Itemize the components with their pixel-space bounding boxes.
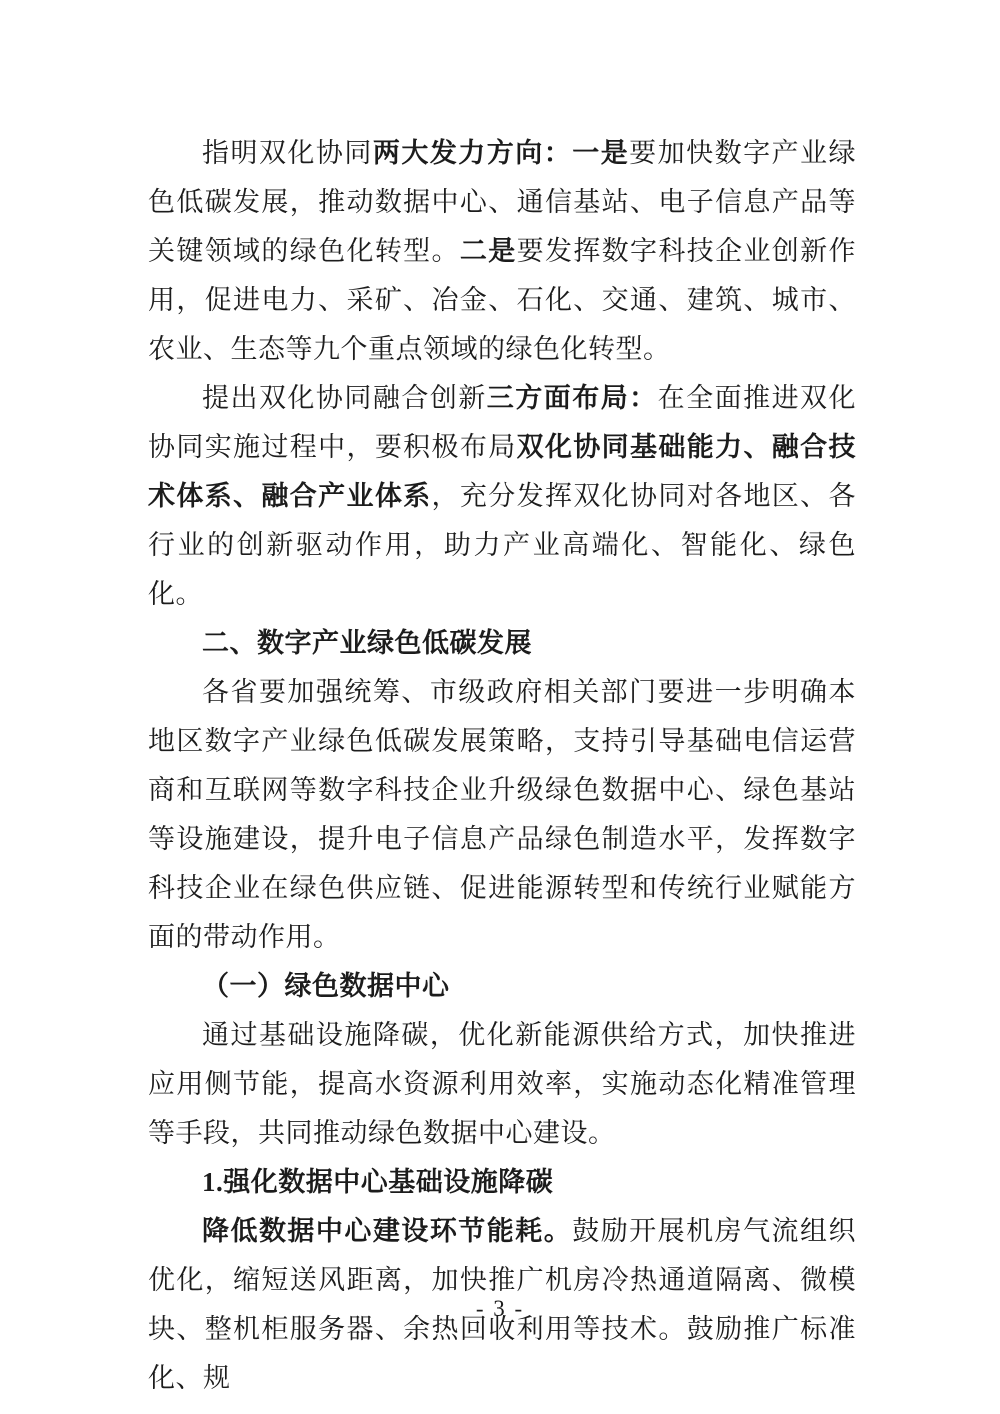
paragraph-three-layouts: 提出双化协同融合创新三方面布局：在全面推进双化协同实施过程中，要积极布局双化协同…: [148, 374, 856, 619]
bold-text-run: （一）绿色数据中心: [202, 971, 450, 1001]
item-heading-infrastructure-carbon: 1.强化数据中心基础设施降碳: [148, 1158, 856, 1207]
text-run: 指明双化协同: [202, 138, 373, 168]
bold-text-run: 二、数字产业绿色低碳发展: [202, 628, 532, 658]
paragraph-green-datacenter-intro: 通过基础设施降碳，优化新能源供给方式，加快推进应用侧节能，提高水资源利用效率，实…: [148, 1011, 856, 1158]
paragraph-two-directions: 指明双化协同两大发力方向：一是要加快数字产业绿色低碳发展，推动数据中心、通信基站…: [148, 129, 856, 374]
bold-text-run: 三方面布局：: [487, 383, 658, 413]
section-heading-digital-industry: 二、数字产业绿色低碳发展: [148, 619, 856, 668]
paragraph-province-strategy: 各省要加强统筹、市级政府相关部门要进一步明确本地区数字产业绿色低碳发展策略，支持…: [148, 668, 856, 962]
document-body: 指明双化协同两大发力方向：一是要加快数字产业绿色低碳发展，推动数据中心、通信基站…: [148, 129, 856, 1403]
document-page: 指明双化协同两大发力方向：一是要加快数字产业绿色低碳发展，推动数据中心、通信基站…: [0, 0, 1000, 1414]
bold-text-run: 二是: [460, 236, 517, 266]
bold-text-run: 1.强化数据中心基础设施降碳: [202, 1167, 553, 1197]
bold-text-run: 两大发力方向：一是: [373, 138, 629, 168]
text-run: 各省要加强统筹、市级政府相关部门要进一步明确本地区数字产业绿色低碳发展策略，支持…: [148, 677, 856, 952]
bold-text-run: 降低数据中心建设环节能耗。: [202, 1216, 572, 1246]
subsection-heading-green-datacenter: （一）绿色数据中心: [148, 962, 856, 1011]
page-number: - 3 -: [0, 1294, 1000, 1324]
text-run: 通过基础设施降碳，优化新能源供给方式，加快推进应用侧节能，提高水资源利用效率，实…: [148, 1020, 856, 1148]
text-run: 提出双化协同融合创新: [202, 383, 487, 413]
